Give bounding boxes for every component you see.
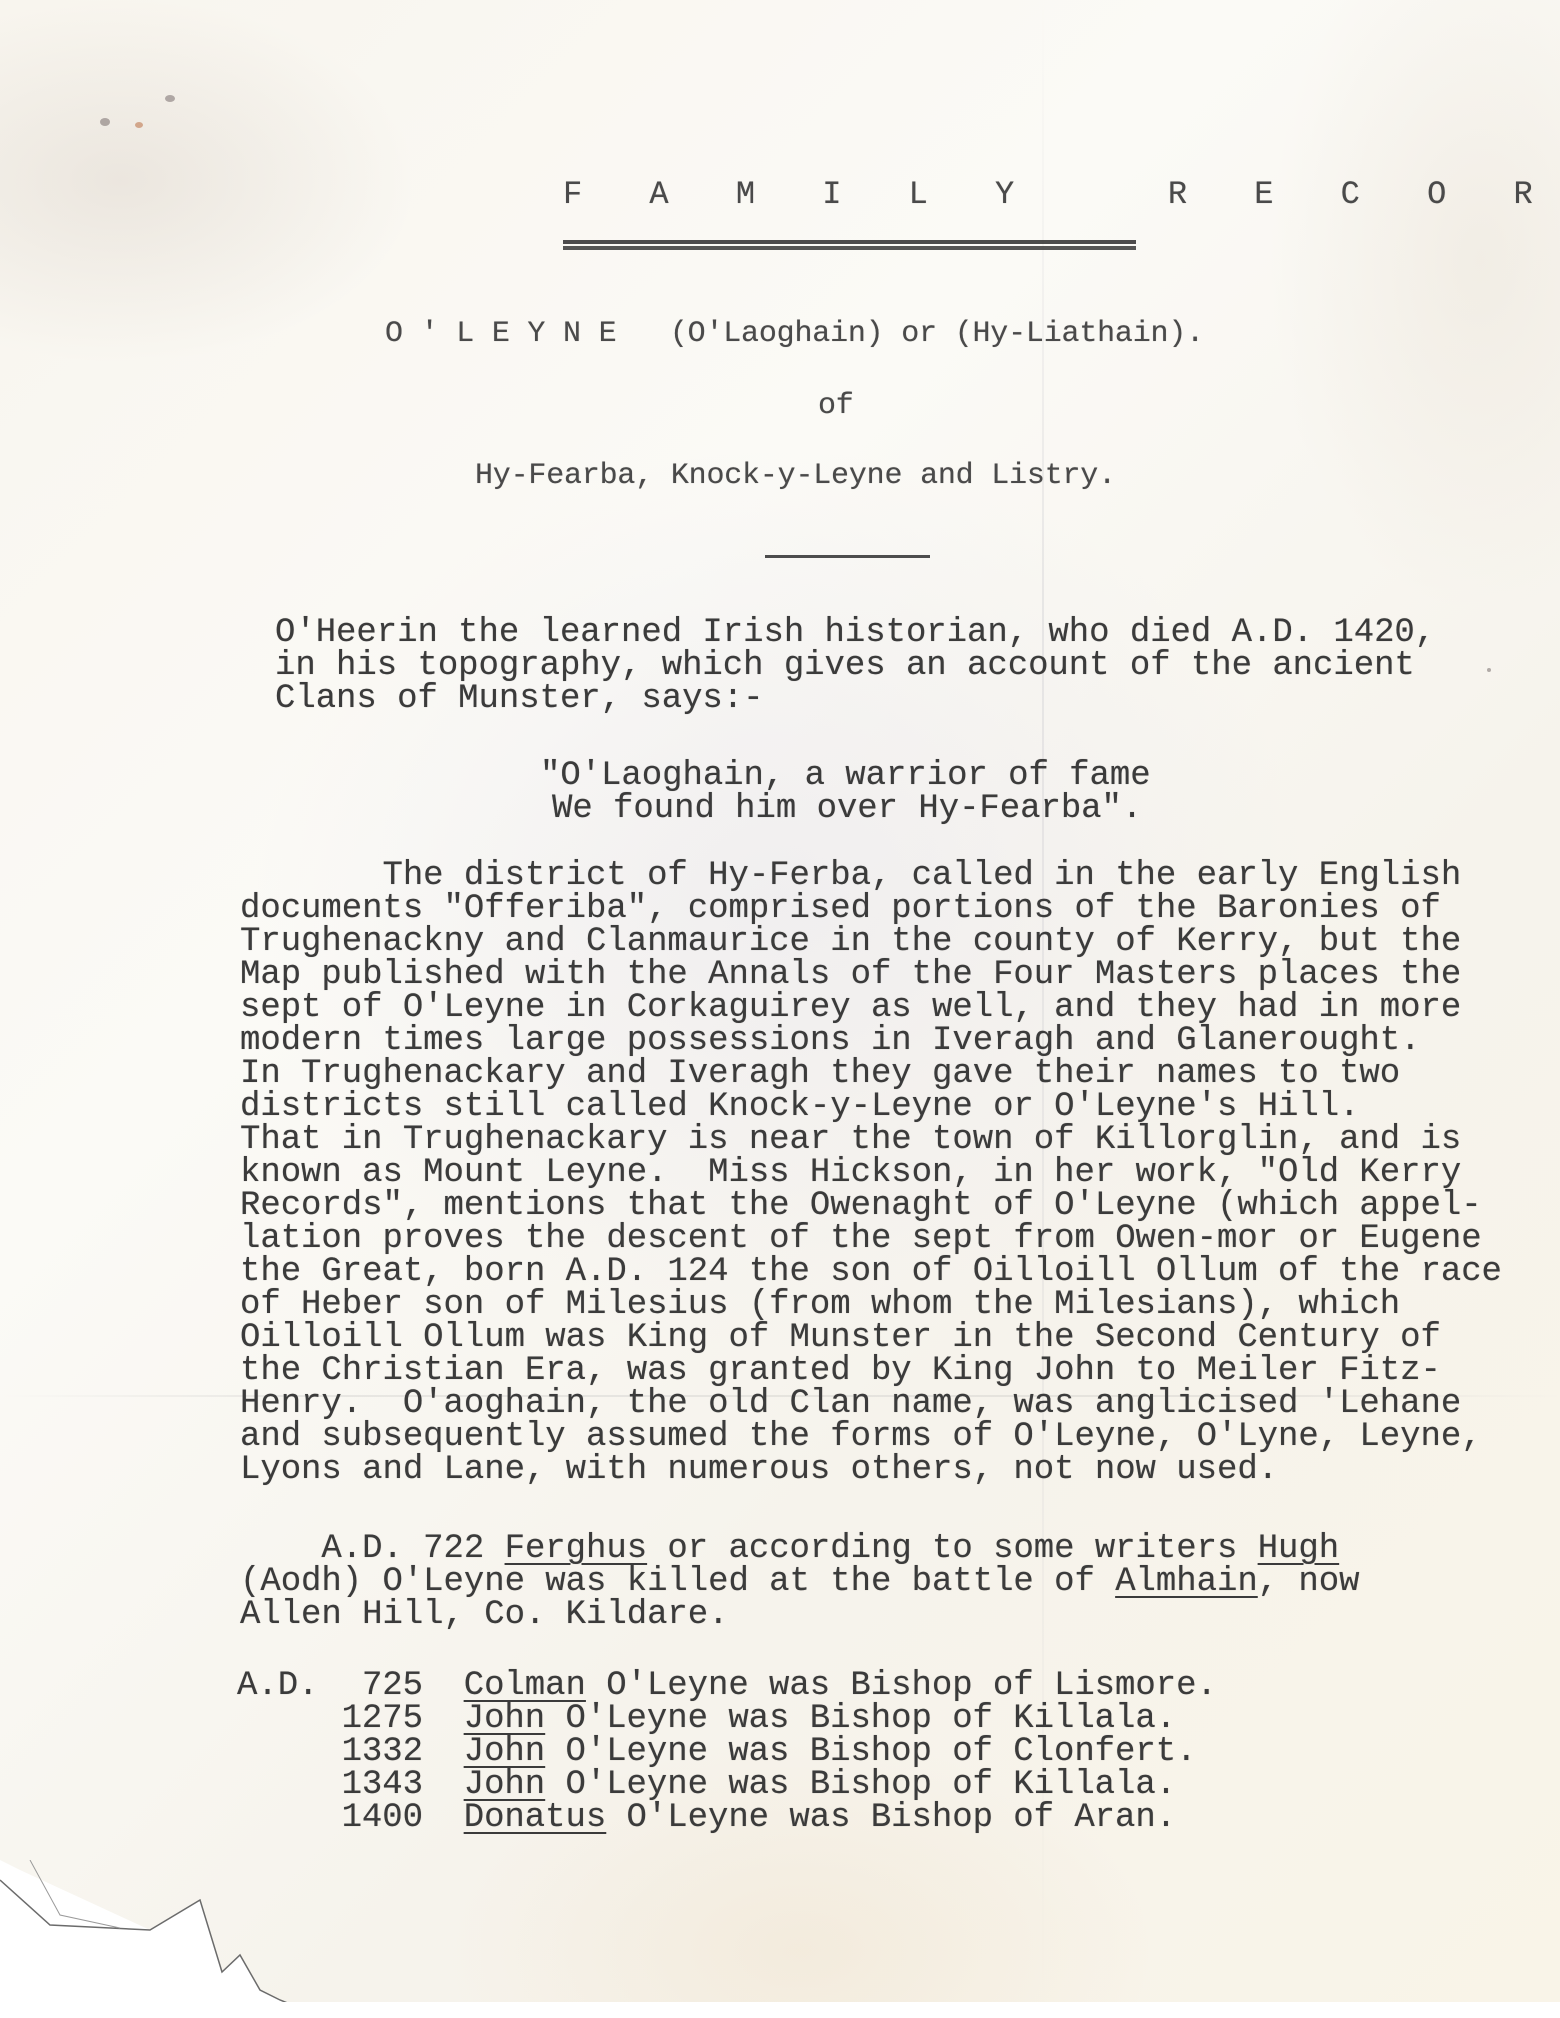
quote-line: "O'Laoghain, a warrior of fame xyxy=(540,760,1151,793)
of-line: of xyxy=(818,390,854,423)
paragraph-line: districts still called Knock-y-Leyne or … xyxy=(240,1091,1359,1124)
paragraph-line: (Aodh) O'Leyne was killed at the battle … xyxy=(240,1566,1359,1599)
paragraph-line: Records", mentions that the Owenaght of … xyxy=(240,1190,1482,1223)
era-label: A.D. xyxy=(237,1670,337,1703)
paragraph-line: The district of Hy-Ferba, called in the … xyxy=(240,860,1461,893)
paper-blemish-icon xyxy=(135,122,143,128)
paragraph-line: Trughenackny and Clanmaurice in the coun… xyxy=(240,926,1461,959)
title-double-rule xyxy=(563,240,1136,244)
paragraph-line: Lyons and Lane, with numerous others, no… xyxy=(240,1454,1278,1487)
list-item: 1332 John O'Leyne was Bishop of Clonfert… xyxy=(237,1736,1196,1769)
torn-corner-icon xyxy=(0,1860,300,2018)
paragraph-line: lation proves the descent of the sept fr… xyxy=(240,1223,1482,1256)
page-bottom-edge xyxy=(0,2002,1560,2018)
year: 1400 xyxy=(337,1802,423,1835)
paragraph-line: the Christian Era, was granted by King J… xyxy=(240,1355,1441,1388)
paragraph-line: Map published with the Annals of the Fou… xyxy=(240,959,1461,992)
paragraph-line: Henry. O'aoghain, the old Clan name, was… xyxy=(240,1388,1461,1421)
list-item: 1343 John O'Leyne was Bishop of Killala. xyxy=(237,1769,1176,1802)
paragraph-line: That in Trughenackary is near the town o… xyxy=(240,1124,1461,1157)
year: 1332 xyxy=(337,1736,423,1769)
paragraph-line: A.D. 722 Ferghus or according to some wr… xyxy=(240,1533,1339,1566)
bishop-description: O'Leyne was Bishop of Aran. xyxy=(606,1799,1176,1837)
paragraph-line: Allen Hill, Co. Kildare. xyxy=(240,1599,728,1632)
paragraph-line: in his topography, which gives an accoun… xyxy=(275,650,1415,683)
list-item: 1400 Donatus O'Leyne was Bishop of Aran. xyxy=(237,1802,1176,1835)
paragraph-line: the Great, born A.D. 124 the son of Oill… xyxy=(240,1256,1502,1289)
underlined-place: Almhain xyxy=(1115,1563,1257,1601)
text-segment: , now xyxy=(1258,1563,1360,1601)
paper-blemish-icon xyxy=(165,95,175,102)
paragraph-line: known as Mount Leyne. Miss Hickson, in h… xyxy=(240,1157,1461,1190)
list-item: A.D.725 Colman O'Leyne was Bishop of Lis… xyxy=(237,1670,1217,1703)
paragraph-line: Oilloill Ollum was King of Munster in th… xyxy=(240,1322,1441,1355)
paragraph-line: O'Heerin the learned Irish historian, wh… xyxy=(275,617,1435,650)
paragraph-line: modern times large possessions in Iverag… xyxy=(240,1025,1421,1058)
year: 725 xyxy=(337,1670,423,1703)
paragraph-line: documents "Offeriba", comprised portions… xyxy=(240,893,1441,926)
bishop-name: Donatus xyxy=(464,1799,606,1837)
quote-line: We found him over Hy-Fearba". xyxy=(552,793,1142,826)
typewritten-page: F A M I L Y R E C O R D. O ' L E Y N E (… xyxy=(0,0,1560,2018)
paper-blemish-icon xyxy=(100,118,110,126)
year: 1343 xyxy=(337,1769,423,1802)
family-name-line: O ' L E Y N E (O'Laoghain) or (Hy-Liatha… xyxy=(385,318,1204,351)
paragraph-line: Clans of Munster, says:- xyxy=(275,683,763,716)
document-title: F A M I L Y R E C O R D. xyxy=(563,178,1560,211)
paragraph-line: and subsequently assumed the forms of O'… xyxy=(240,1421,1482,1454)
paragraph-line: sept of O'Leyne in Corkaguirey as well, … xyxy=(240,992,1461,1025)
places-line: Hy-Fearba, Knock-y-Leyne and Listry. xyxy=(475,460,1116,493)
list-item: 1275 John O'Leyne was Bishop of Killala. xyxy=(237,1703,1176,1736)
paper-blemish-icon xyxy=(1487,668,1491,672)
year: 1275 xyxy=(337,1703,423,1736)
section-divider-rule xyxy=(765,555,930,558)
paragraph-line: In Trughenackary and Iveragh they gave t… xyxy=(240,1058,1400,1091)
paragraph-line: of Heber son of Milesius (from whom the … xyxy=(240,1289,1400,1322)
